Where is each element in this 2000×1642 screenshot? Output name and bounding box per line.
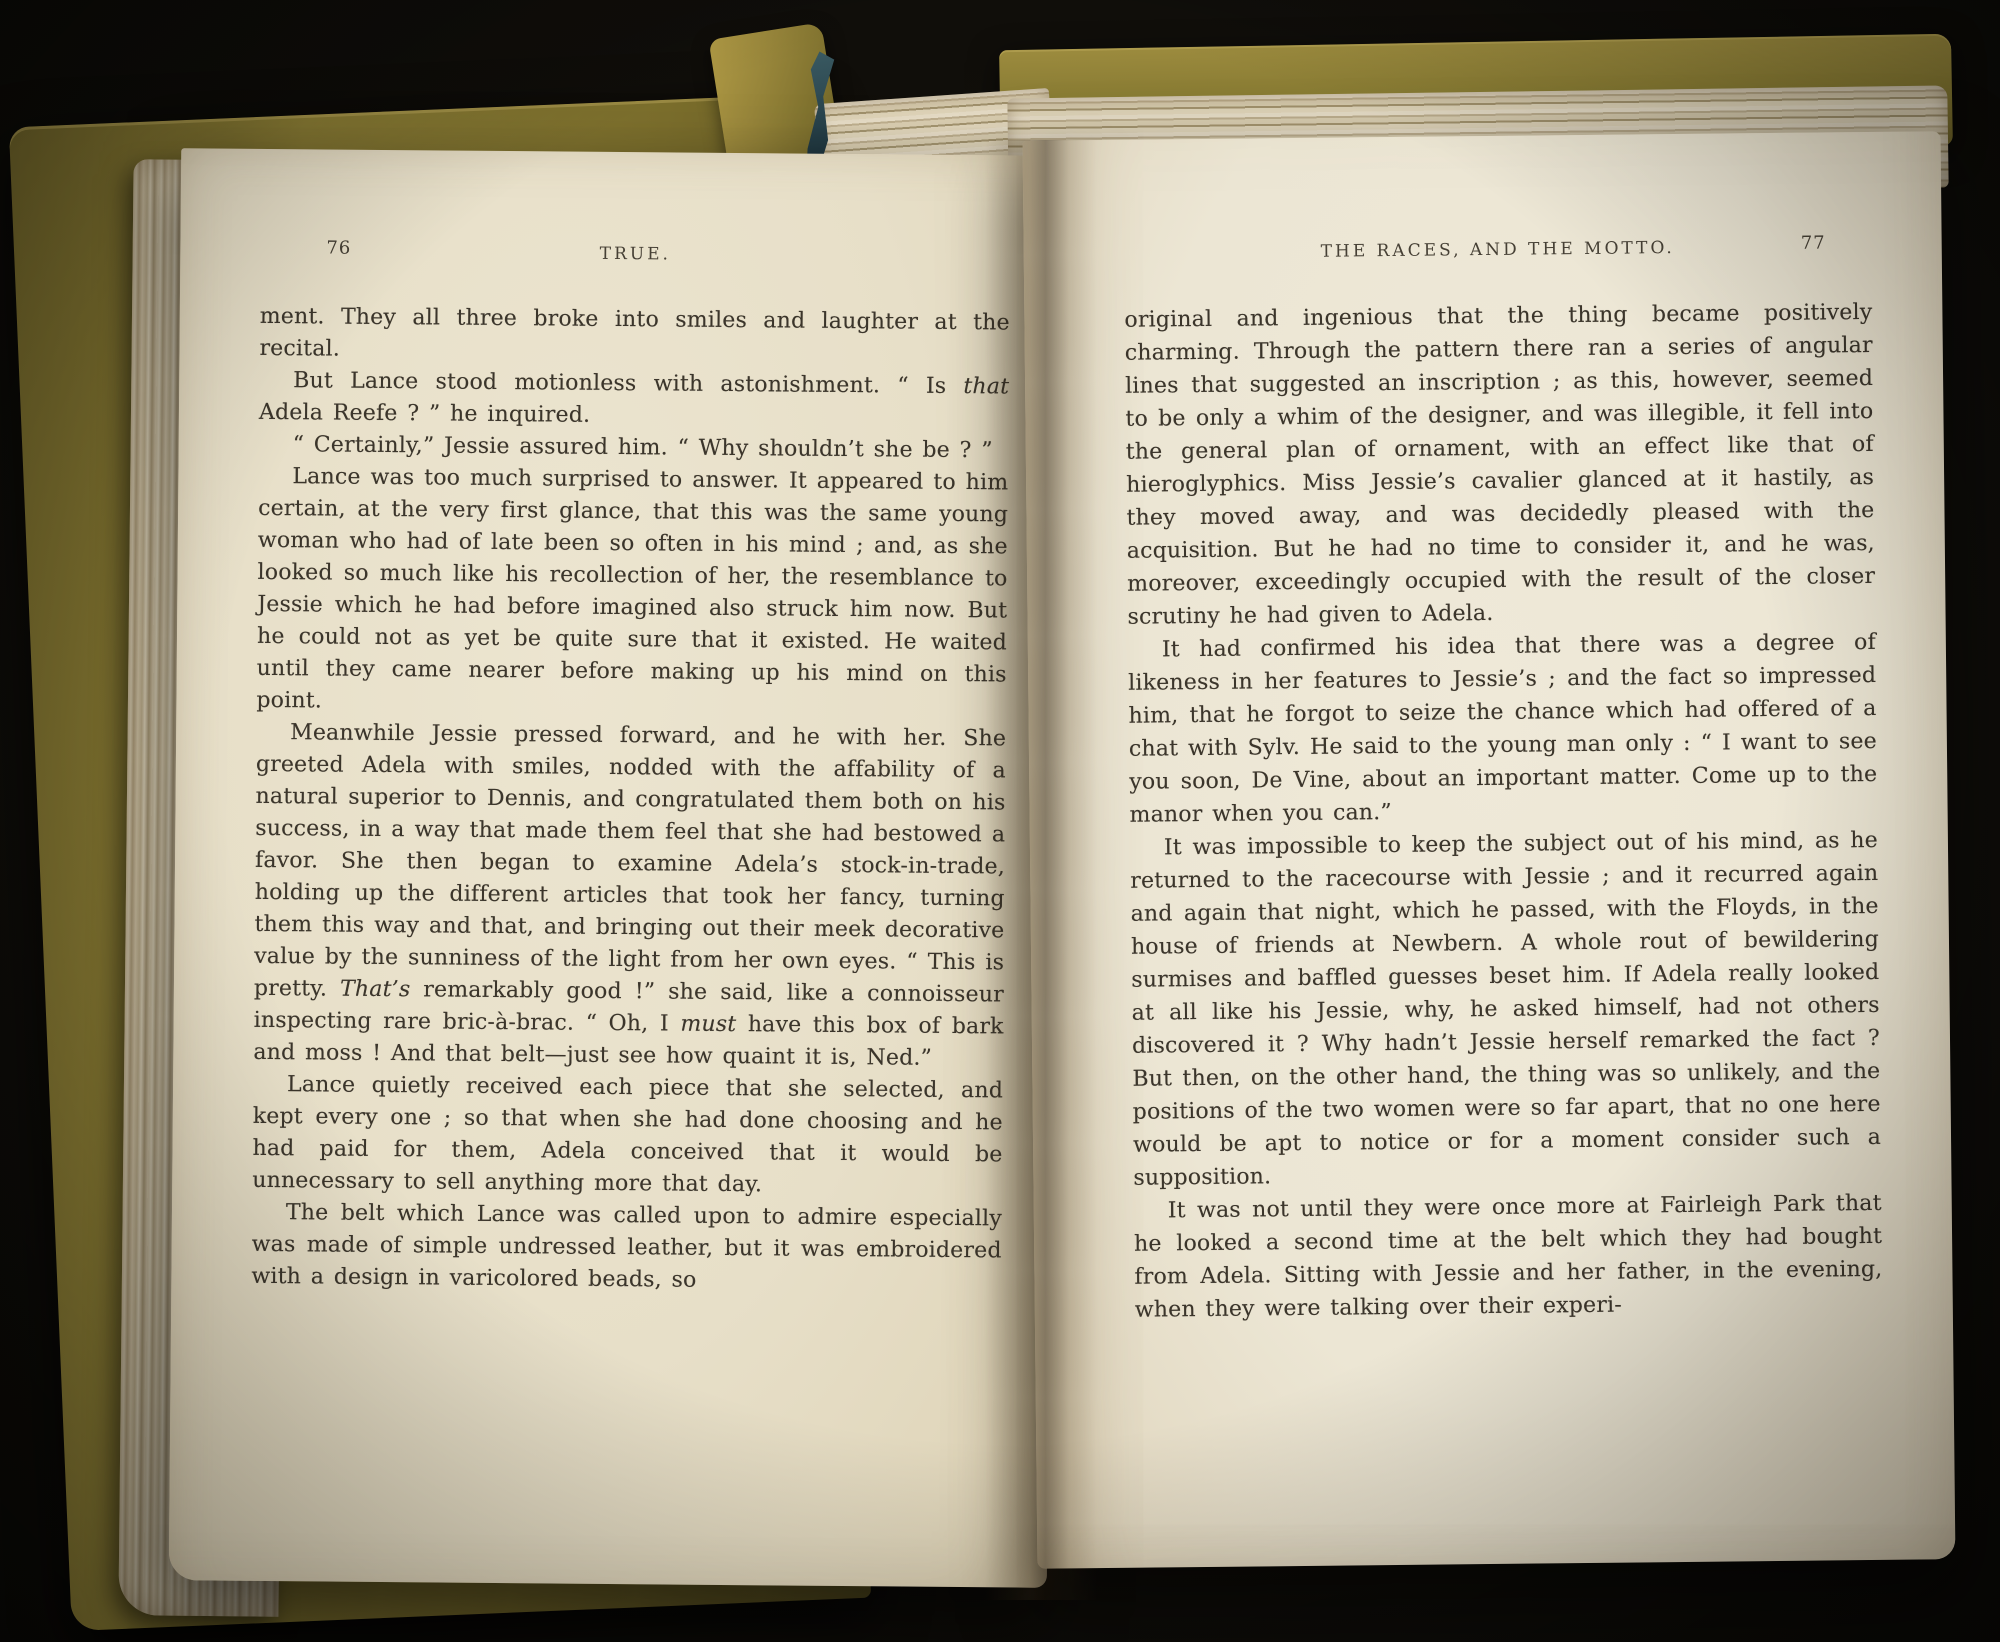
text-segment: original and ingenious that the thing be… <box>1124 300 1875 630</box>
paragraph: The belt which Lance was called upon to … <box>251 1197 1002 1300</box>
text-segment: Lance quietly received each piece that s… <box>252 1072 1003 1197</box>
paragraph: It was impossible to keep the subject ou… <box>1130 824 1882 1195</box>
paragraph: ment. They all three broke into smiles a… <box>259 301 1010 372</box>
text-segment: “ Certainly,” Jessie assured him. “ Why … <box>293 432 993 463</box>
paragraph: It had confirmed his idea that there was… <box>1128 626 1878 832</box>
text-segment: Lance was too much surprised to answer. … <box>256 464 1008 713</box>
paragraph: Lance quietly received each piece that s… <box>252 1069 1003 1204</box>
right-page-header: THE RACES, AND THE MOTTO. 77 <box>1124 236 1872 278</box>
text-segment: It had confirmed his idea that there was… <box>1128 630 1877 828</box>
left-page-header: 76 TRUE. <box>260 241 1010 282</box>
text-segment: Adela Reefe ? ” he inquired. <box>259 400 591 428</box>
paragraph: But Lance stood motionless with astonish… <box>259 365 1010 436</box>
right-page-number: 77 <box>1801 232 1826 253</box>
text-segment: ment. They all three broke into smiles a… <box>259 304 1009 362</box>
text-segment: The belt which Lance was called upon to … <box>251 1200 1002 1293</box>
italic-text: That’s <box>340 977 411 1003</box>
right-page-body: original and ingenious that the thing be… <box>1124 296 1883 1327</box>
right-page: THE RACES, AND THE MOTTO. 77 original an… <box>1023 131 1956 1569</box>
left-page-number: 76 <box>326 237 351 258</box>
italic-text: that <box>963 374 1009 399</box>
left-page-body: ment. They all three broke into smiles a… <box>251 301 1010 1300</box>
text-segment: It was not until they were once more at … <box>1134 1191 1883 1323</box>
right-running-header: THE RACES, AND THE MOTTO. <box>1321 238 1675 262</box>
book-photo: 76 TRUE. ment. They all three broke into… <box>0 0 2000 1642</box>
paragraph: original and ingenious that the thing be… <box>1124 296 1875 634</box>
paragraph: It was not until they were once more at … <box>1134 1187 1883 1327</box>
paragraph: Lance was too much surprised to answer. … <box>256 461 1008 724</box>
paragraph: Meanwhile Jessie pressed forward, and he… <box>253 717 1006 1076</box>
italic-text: must <box>680 1012 736 1037</box>
text-segment: It was impossible to keep the subject ou… <box>1130 828 1881 1191</box>
text-segment: Meanwhile Jessie pressed forward, and he… <box>254 720 1006 1001</box>
left-running-header: TRUE. <box>600 244 671 265</box>
left-page: 76 TRUE. ment. They all three broke into… <box>169 148 1059 1588</box>
text-segment: But Lance stood motionless with astonish… <box>293 368 963 399</box>
